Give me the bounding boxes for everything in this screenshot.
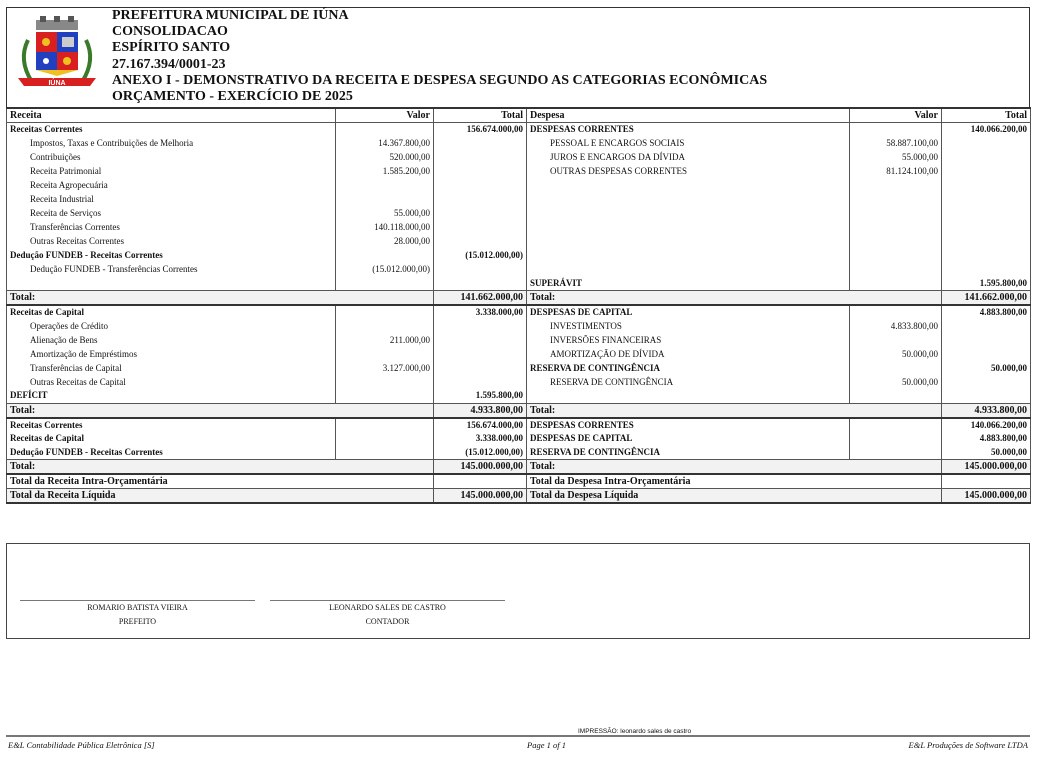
despesa-section-total: 141.662.000,00 [942,291,1031,306]
despesa-total: 50.000,00 [942,361,1031,375]
despesa-valor [850,207,942,221]
receita-total [434,179,527,193]
despesa-label: JUROS E ENCARGOS DA DÍVIDA [527,151,850,165]
receita-valor: 1.585.200,00 [336,165,434,179]
receita-total [434,361,527,375]
receita-valor: 28.000,00 [336,235,434,249]
despesa-total [942,207,1031,221]
despesa-valor: 4.833.800,00 [850,319,942,333]
despesa-label [527,389,850,403]
signatory-role: PREFEITO [20,617,255,627]
receita-valor: 55.000,00 [336,207,434,221]
receita-summary-label: Total da Receita Intra-Orçamentária [7,474,434,489]
section-total-row: Total:141.662.000,00Total:141.662.000,00 [7,291,1031,306]
despesa-section-total: 4.933.800,00 [942,403,1031,418]
despesa-total [942,179,1031,193]
table-header-row: Receita Valor Total Despesa Valor Total [7,108,1031,123]
receita-valor [336,347,434,361]
despesa-label: RESERVA DE CONTINGÊNCIA [527,375,850,389]
receita-total-label: Total: [7,403,336,418]
receita-label: Dedução FUNDEB - Transferências Corrente… [7,263,336,277]
signatory-role: CONTADOR [270,617,505,627]
despesa-valor: 50.000,00 [850,375,942,389]
signatory-prefeito: ROMARIO BATISTA VIEIRA PREFEITO [20,603,255,627]
receita-valor [336,179,434,193]
col-header-valor-despesa: Valor [850,108,942,123]
receita-label: Outras Receitas Correntes [7,235,336,249]
section-total-row: Total:145.000.000,00Total:145.000.000,00 [7,460,1031,475]
entity-scope: CONSOLIDACAO [112,24,228,40]
despesa-valor [850,123,942,137]
despesa-total [942,165,1031,179]
despesa-label: INVERSÕES FINANCEIRAS [527,333,850,347]
despesa-valor: 81.124.100,00 [850,165,942,179]
receita-label: Impostos, Taxas e Contribuições de Melho… [7,137,336,151]
despesa-total [942,333,1031,347]
empty-cell [336,291,434,306]
despesa-valor [850,277,942,291]
state-name: ESPÍRITO SANTO [112,40,230,56]
receita-label: Receita Industrial [7,193,336,207]
despesa-label: RESERVA DE CONTINGÊNCIA [527,446,850,460]
table-row: Contribuições520.000,00JUROS E ENCARGOS … [7,151,1031,165]
despesa-total [942,221,1031,235]
receita-label: Receita Patrimonial [7,165,336,179]
despesa-valor [850,235,942,249]
despesa-label [527,249,850,263]
receita-valor: (15.012.000,00) [336,263,434,277]
liquida-row: Total da Receita Líquida145.000.000,00To… [7,489,1031,504]
receita-total [434,277,527,291]
receita-label: Receitas de Capital [7,305,336,319]
despesa-valor: 50.000,00 [850,347,942,361]
col-header-receita: Receita [7,108,336,123]
empty-cell [850,460,942,475]
despesa-label: RESERVA DE CONTINGÊNCIA [527,361,850,375]
receita-label: Contribuições [7,151,336,165]
despesa-total-label: Total: [527,403,850,418]
receita-total [434,221,527,235]
despesa-label [527,221,850,235]
despesa-label: DESPESAS CORRENTES [527,418,850,432]
receita-valor: 211.000,00 [336,333,434,347]
table-row: Receitas Correntes156.674.000,00DESPESAS… [7,123,1031,137]
receita-label: Receita de Serviços [7,207,336,221]
table-row: Dedução FUNDEB - Receitas Correntes(15.0… [7,249,1031,263]
receita-label: Receitas Correntes [7,418,336,432]
despesa-total [942,263,1031,277]
receita-section-total: 4.933.800,00 [434,403,527,418]
receita-total: 1.595.800,00 [434,389,527,403]
receita-label: Receita Agropecuária [7,179,336,193]
despesa-label: INVESTIMENTOS [527,319,850,333]
table-row: Dedução FUNDEB - Transferências Corrente… [7,263,1031,277]
despesa-valor: 58.887.100,00 [850,137,942,151]
intra-orcamentaria-row: Total da Receita Intra-OrçamentáriaTotal… [7,474,1031,489]
cnpj: 27.167.394/0001-23 [112,57,226,73]
receita-label: Receitas de Capital [7,432,336,446]
table-row: SUPERÁVIT1.595.800,00 [7,277,1031,291]
despesa-summary-label: Total da Despesa Líquida [527,489,942,504]
receita-section-total: 145.000.000,00 [434,460,527,475]
table-row: Receita Agropecuária [7,179,1031,193]
receita-total [434,375,527,389]
empty-cell [850,403,942,418]
despesa-total-label: Total: [527,291,850,306]
despesa-valor [850,305,942,319]
despesa-summary-label: Total da Despesa Intra-Orçamentária [527,474,942,489]
receita-valor [336,389,434,403]
table-row: Amortização de EmpréstimosAMORTIZAÇÃO DE… [7,347,1031,361]
despesa-label: OUTRAS DESPESAS CORRENTES [527,165,850,179]
empty-cell [336,403,434,418]
despesa-summary-value: 145.000.000,00 [942,489,1031,504]
despesa-valor [850,249,942,263]
table-row: Operações de CréditoINVESTIMENTOS4.833.8… [7,319,1031,333]
table-row: Receita Industrial [7,193,1031,207]
despesa-total: 4.883.800,00 [942,305,1031,319]
empty-cell [336,460,434,475]
receita-label: Transferências de Capital [7,361,336,375]
despesa-valor [850,361,942,375]
despesa-total [942,347,1031,361]
receita-total: 156.674.000,00 [434,418,527,432]
col-header-total: Total [434,108,527,123]
despesa-total: 50.000,00 [942,446,1031,460]
receita-total [434,151,527,165]
receita-label: Receitas Correntes [7,123,336,137]
receita-valor [336,432,434,446]
table-row: Impostos, Taxas e Contribuições de Melho… [7,137,1031,151]
despesa-total [942,319,1031,333]
receita-label: Dedução FUNDEB - Receitas Correntes [7,446,336,460]
table-row: DEFÍCIT1.595.800,00 [7,389,1031,403]
table-row: Dedução FUNDEB - Receitas Correntes(15.0… [7,446,1031,460]
despesa-total [942,389,1031,403]
receita-total [434,319,527,333]
despesa-valor [850,263,942,277]
budget-table: Receita Valor Total Despesa Valor Total … [6,107,1031,504]
receita-valor [336,418,434,432]
receita-label: Transferências Correntes [7,221,336,235]
despesa-valor [850,179,942,193]
receita-valor: 140.118.000,00 [336,221,434,235]
despesa-total [942,193,1031,207]
despesa-total [942,151,1031,165]
municipal-coat-of-arms-icon: IÚNA [14,16,100,90]
despesa-total [942,375,1031,389]
table-row: Outras Receitas Correntes28.000,00 [7,235,1031,249]
despesa-total: 4.883.800,00 [942,432,1031,446]
report-title: ANEXO I - DEMONSTRATIVO DA RECEITA E DES… [112,73,767,89]
despesa-total: 140.066.200,00 [942,123,1031,137]
col-header-despesa: Despesa [527,108,850,123]
receita-label: Outras Receitas de Capital [7,375,336,389]
signature-line-prefeito [20,600,255,601]
receita-valor [336,123,434,137]
receita-total: 3.338.000,00 [434,305,527,319]
municipality-name: PREFEITURA MUNICIPAL DE IÚNA [112,8,349,24]
receita-total [434,193,527,207]
table-row: Receita Patrimonial1.585.200,00OUTRAS DE… [7,165,1031,179]
despesa-valor [850,418,942,432]
despesa-label [527,179,850,193]
receita-label [7,277,336,291]
receita-label: Dedução FUNDEB - Receitas Correntes [7,249,336,263]
receita-total [434,235,527,249]
table-row: Transferências de Capital3.127.000,00RES… [7,361,1031,375]
table-row: Alienação de Bens211.000,00INVERSÕES FIN… [7,333,1031,347]
receita-valor [336,446,434,460]
despesa-valor [850,432,942,446]
receita-total: (15.012.000,00) [434,249,527,263]
receita-valor: 520.000,00 [336,151,434,165]
despesa-label: SUPERÁVIT [527,277,850,291]
despesa-section-total: 145.000.000,00 [942,460,1031,475]
col-header-total-despesa: Total [942,108,1031,123]
receita-valor: 3.127.000,00 [336,361,434,375]
receita-summary-label: Total da Receita Líquida [7,489,434,504]
despesa-valor [850,221,942,235]
footer-divider [6,735,1030,737]
despesa-valor: 55.000,00 [850,151,942,165]
receita-valor [336,305,434,319]
receita-total: (15.012.000,00) [434,446,527,460]
receita-total [434,207,527,221]
receita-valor: 14.367.800,00 [336,137,434,151]
despesa-label [527,235,850,249]
receita-total-label: Total: [7,460,336,475]
print-user: IMPRESSÃO: leonardo sales de castro [578,728,691,735]
despesa-valor [850,193,942,207]
receita-section-total: 141.662.000,00 [434,291,527,306]
despesa-valor [850,333,942,347]
despesa-label: DESPESAS DE CAPITAL [527,305,850,319]
receita-valor [336,319,434,333]
despesa-label: PESSOAL E ENCARGOS SOCIAIS [527,137,850,151]
despesa-total [942,137,1031,151]
signatory-name: ROMARIO BATISTA VIEIRA [20,603,255,613]
table-row: Outras Receitas de CapitalRESERVA DE CON… [7,375,1031,389]
receita-label: Amortização de Empréstimos [7,347,336,361]
table-row: Transferências Correntes140.118.000,00 [7,221,1031,235]
table-row: Receita de Serviços55.000,00 [7,207,1031,221]
receita-summary-value: 145.000.000,00 [434,489,527,504]
receita-valor [336,193,434,207]
receita-label: DEFÍCIT [7,389,336,403]
receita-total [434,347,527,361]
receita-valor [336,277,434,291]
despesa-summary-value [942,474,1031,489]
table-row: Receitas de Capital3.338.000,00DESPESAS … [7,432,1031,446]
despesa-label: DESPESAS DE CAPITAL [527,432,850,446]
receita-total: 3.338.000,00 [434,432,527,446]
section-total-row: Total:4.933.800,00Total:4.933.800,00 [7,403,1031,418]
report-subtitle: ORÇAMENTO - EXERCÍCIO DE 2025 [112,89,353,105]
receita-label: Alienação de Bens [7,333,336,347]
despesa-total-label: Total: [527,460,850,475]
footer-system-name: E&L Contabilidade Pública Eletrônica [S] [8,740,155,750]
receita-total-label: Total: [7,291,336,306]
receita-total [434,333,527,347]
col-header-valor: Valor [336,108,434,123]
receita-total [434,165,527,179]
signatory-name: LEONARDO SALES DE CASTRO [270,603,505,613]
despesa-valor [850,389,942,403]
despesa-total: 1.595.800,00 [942,277,1031,291]
empty-cell [850,291,942,306]
footer-vendor: E&L Produções de Software LTDA [909,740,1028,750]
table-row: Receitas Correntes156.674.000,00DESPESAS… [7,418,1031,432]
svg-text:IÚNA: IÚNA [48,78,65,87]
despesa-total: 140.066.200,00 [942,418,1031,432]
despesa-label [527,263,850,277]
receita-total: 156.674.000,00 [434,123,527,137]
table-row: Receitas de Capital3.338.000,00DESPESAS … [7,305,1031,319]
despesa-label: AMORTIZAÇÃO DE DÍVIDA [527,347,850,361]
despesa-total [942,249,1031,263]
signature-line-contador [270,600,505,601]
receita-total [434,137,527,151]
despesa-total [942,235,1031,249]
page-number: Page 1 of 1 [527,740,566,750]
receita-total [434,263,527,277]
despesa-label [527,193,850,207]
despesa-label: DESPESAS CORRENTES [527,123,850,137]
receita-summary-value [434,474,527,489]
signatory-contador: LEONARDO SALES DE CASTRO CONTADOR [270,603,505,627]
receita-label: Operações de Crédito [7,319,336,333]
receita-valor [336,249,434,263]
despesa-label [527,207,850,221]
receita-valor [336,375,434,389]
despesa-valor [850,446,942,460]
